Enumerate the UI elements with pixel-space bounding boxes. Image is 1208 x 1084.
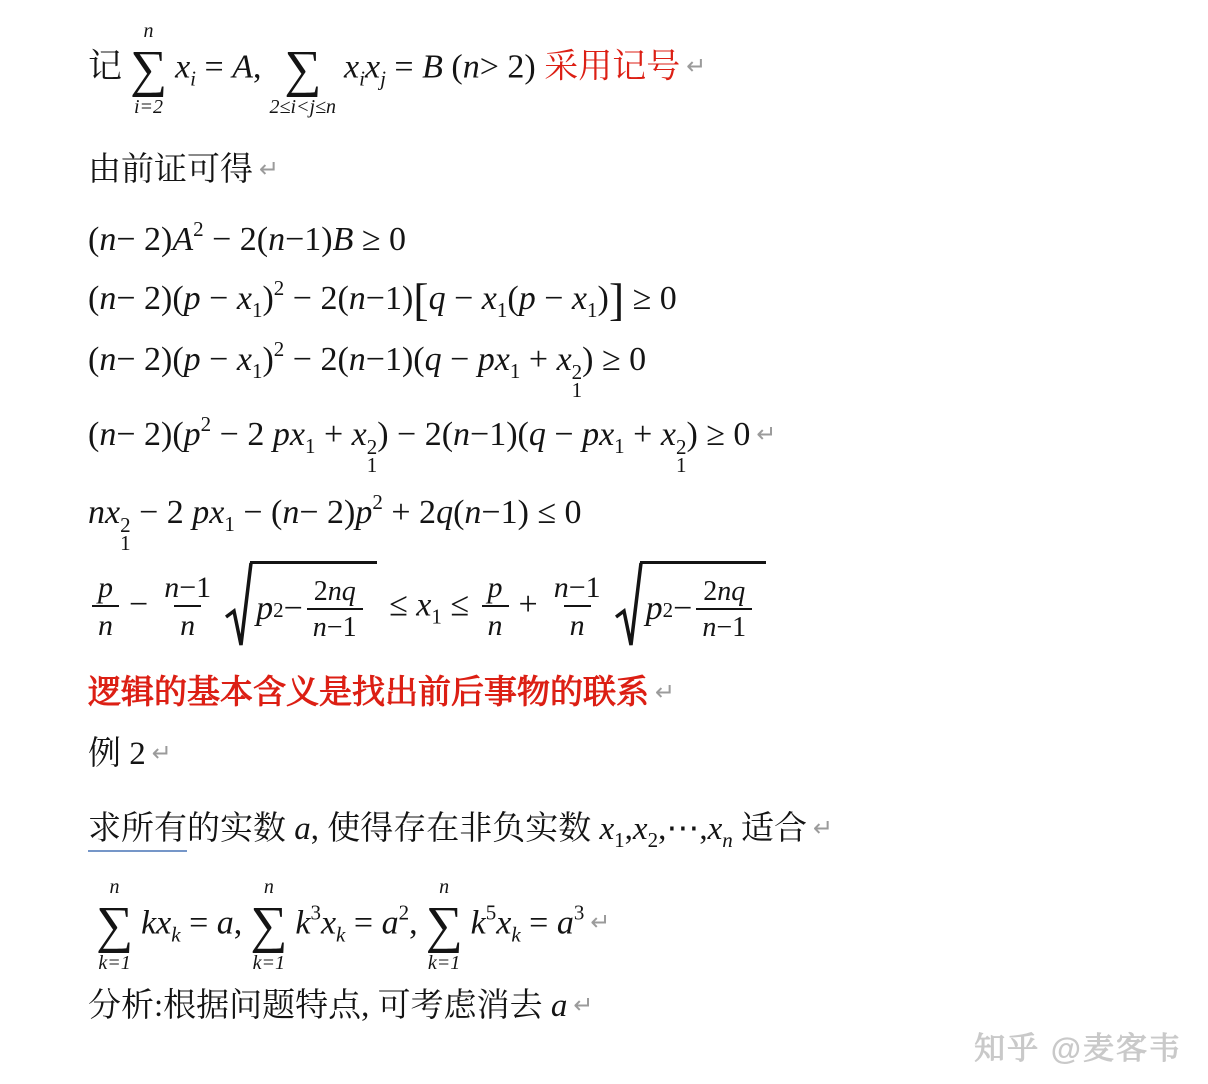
math-token: p [519, 280, 536, 317]
fraction: 2nqn −1 [307, 576, 363, 644]
subscript: 1 [252, 298, 263, 322]
fraction: pn [92, 571, 119, 644]
math-token: p [478, 341, 495, 378]
radicand: p2 − 2nqn −1 [640, 561, 766, 654]
math-token: n [464, 494, 481, 531]
math-token: n [164, 571, 179, 606]
math-token: −1) [366, 280, 414, 317]
red-heading: 逻辑的基本含义是找出前后事物的联系↵ [88, 672, 1208, 715]
sigma-icon: ∑ [426, 899, 463, 952]
subscript: 1 [614, 828, 625, 852]
math-token: = [196, 48, 232, 85]
math-token: = [521, 904, 557, 941]
math-token: p [184, 416, 201, 453]
math-token: − 2( [284, 280, 349, 317]
paragraph-mark-icon: ↵ [756, 420, 776, 448]
math-token: x [237, 280, 252, 317]
math-token: 2 [314, 576, 328, 608]
math-token: ) − 2( [377, 416, 453, 453]
math-token: A [232, 48, 253, 85]
math-token: ,⋯, [658, 811, 708, 847]
math-token: ≥ 0 [353, 221, 406, 258]
math-token: n [463, 48, 480, 85]
formula-inequality-5: nx21 − 2 px1 − (n− 2)p2 + 2q(n−1) ≤ 0 [88, 489, 1208, 553]
math-token: ) [262, 280, 273, 317]
paragraph-mark-icon: ↵ [655, 678, 675, 706]
text-run: 分析:根据问题特点, 可考虑消去 [88, 988, 551, 1024]
sum-upper-limit: n [439, 876, 449, 899]
math-token: ( [453, 494, 464, 531]
superscript: 2 [193, 217, 204, 241]
problem-statement: 求所有的实数 a, 使得存在非负实数 x1,x2,⋯,xn 适合↵ [88, 808, 1208, 854]
math-token: −1)( [366, 341, 425, 378]
math-token: x [572, 280, 587, 317]
formula-inequality-3: (n− 2)(p − x1)2 − 2(n−1)(q − px1 + x21) … [88, 336, 1208, 400]
math-token: −1 [716, 612, 746, 644]
math-token: p [256, 588, 273, 631]
summation-operator: n∑k=1 [250, 876, 287, 975]
math-token: A [172, 221, 193, 258]
math-token: x [482, 280, 497, 317]
math-token: p [184, 341, 201, 378]
math-token: −1 [327, 612, 357, 644]
math-token: − 2( [204, 221, 269, 258]
math-token: a [551, 988, 568, 1024]
math-token: ≥ 0 [624, 280, 677, 317]
math-token: ) ≥ 0 [686, 416, 750, 453]
math-token: −1) [481, 494, 529, 531]
math-token: x [557, 341, 572, 378]
math-token: n [702, 612, 716, 644]
document-body: 记n∑i=2xi = A,n∑2≤i<j≤nxixj = B (n> 2) 采用… [0, 0, 1208, 1028]
subscript: 1 [305, 434, 316, 458]
math-token: − [673, 588, 692, 631]
math-token: B [333, 221, 354, 258]
math-token: = [181, 904, 217, 941]
text-run: 记 [88, 48, 122, 85]
square-root: p2 − 2nqn −1 [225, 561, 376, 654]
math-token: = [345, 904, 381, 941]
math-token: − [546, 416, 582, 453]
analysis-paragraph: 分析:根据问题特点, 可考虑消去 a↵ [88, 985, 1208, 1028]
math-token: x [496, 904, 511, 941]
math-token: k [141, 904, 156, 941]
subscript: 2 [648, 828, 659, 852]
math-token: , [625, 811, 633, 847]
superscript: 2 [399, 900, 410, 924]
sum-lower-limit: i=2 [134, 96, 163, 119]
math-token: − [201, 341, 237, 378]
text-run: 的实数 [187, 811, 294, 847]
math-token: + [625, 416, 661, 453]
formula-inequality-1: (n− 2)A2 − 2(n−1)B ≥ 0 [88, 216, 1208, 262]
sum-lower-limit: k=1 [253, 952, 285, 975]
subscript: 1 [120, 535, 131, 553]
square-root: p2 − 2nqn −1 [615, 561, 766, 654]
math-token: a [557, 904, 574, 941]
math-token: − 2 [211, 416, 273, 453]
math-token: x [237, 341, 252, 378]
formula-inequality-4: (n− 2)(p2 − 2 px1 + x21) − 2(n−1)(q − px… [88, 411, 1208, 475]
math-token: ( [507, 280, 518, 317]
math-token: B [422, 48, 443, 85]
math-token: − 2)( [116, 416, 183, 453]
math-token: −1 [569, 571, 601, 606]
math-token: a [294, 811, 311, 847]
subscript: 1 [252, 359, 263, 383]
math-token: , [409, 904, 418, 941]
superscript: 3 [574, 900, 585, 924]
math-token: n [99, 280, 116, 317]
document-page: 记n∑i=2xi = A,n∑2≤i<j≤nxixj = B (n> 2) 采用… [0, 0, 1208, 1084]
math-token: ( [88, 416, 99, 453]
superscript: 5 [486, 900, 497, 924]
math-token: , [253, 48, 262, 85]
minus-operator: − [129, 586, 148, 623]
math-token: + 2 [383, 494, 436, 531]
math-token: − [536, 280, 572, 317]
math-token: x [495, 341, 510, 378]
superscript: 2 [274, 276, 285, 300]
denominator: n [482, 605, 509, 644]
math-token: x [321, 904, 336, 941]
denominator: n [174, 605, 201, 644]
math-token: ) [262, 341, 273, 378]
math-token: ( [88, 341, 99, 378]
math-token: x [365, 48, 380, 85]
math-token: x [708, 811, 723, 847]
math-token: p [192, 494, 209, 531]
paragraph-mark-icon: ↵ [686, 52, 706, 80]
text-run: , 使得存在非负实数 [311, 811, 600, 847]
math-token: q [436, 494, 453, 531]
sum-lower-limit: k=1 [98, 952, 130, 975]
math-token: n [554, 571, 569, 606]
paragraph-mark-icon: ↵ [152, 739, 172, 767]
sum-upper-limit: n [144, 20, 154, 43]
math-token: ( [88, 280, 99, 317]
math-token: ≤ 0 [529, 494, 582, 531]
subscript: 1 [431, 604, 442, 628]
subscript: 1 [676, 457, 687, 475]
math-token: n [88, 494, 105, 531]
sum-upper-limit: n [110, 876, 120, 899]
example-label: 例 2↵ [88, 733, 1208, 776]
plus-operator: + [519, 586, 538, 623]
math-token: p [355, 494, 372, 531]
math-token: x [352, 416, 367, 453]
subscript: k [171, 922, 180, 946]
stacked-script: 21 [676, 439, 687, 475]
sum-lower-limit: 2≤i<j≤n [269, 96, 336, 119]
math-token: x [105, 494, 120, 531]
subscript: 1 [587, 298, 598, 322]
stacked-script: 21 [367, 439, 378, 475]
sum-upper-limit: n [264, 876, 274, 899]
math-token: 2 [703, 576, 717, 608]
math-token: q [529, 416, 546, 453]
summation-operator: n∑k=1 [96, 876, 133, 975]
numerator: 2nq [697, 576, 751, 608]
text-run: 由前证可得 [88, 152, 253, 188]
math-token: − 2) [299, 494, 355, 531]
formula-sum-system: n∑k=1kxk = a,n∑k=1k3xk = a2,n∑k=1k5xk = … [88, 876, 1208, 975]
paragraph-mark-icon: ↵ [813, 814, 833, 842]
sum-lower-limit: k=1 [428, 952, 460, 975]
math-token: ≤ [442, 586, 478, 623]
subscript: 1 [510, 359, 521, 383]
math-token: n [99, 416, 116, 453]
left-bracket: [ [413, 274, 428, 325]
math-token: q [429, 280, 446, 317]
math-token: x [599, 416, 614, 453]
numerator: 2nq [308, 576, 362, 608]
math-token: ( [88, 221, 99, 258]
math-token: n [349, 341, 366, 378]
formula-inequality-2: (n− 2)(p − x1)2 − 2(n−1)[q − x1(p − x1)]… [88, 275, 1208, 323]
math-token: − ( [235, 494, 283, 531]
math-token: n [453, 416, 470, 453]
paragraph-mark-icon: ↵ [590, 908, 610, 936]
math-token: x [209, 494, 224, 531]
denominator: n −1 [307, 608, 363, 644]
math-token: a [217, 904, 234, 941]
numerator: n −1 [548, 571, 607, 606]
math-token: − 2 [131, 494, 193, 531]
superscript: 2 [663, 597, 674, 623]
math-token: − [284, 588, 303, 631]
numerator: n −1 [158, 571, 217, 606]
underlined-text: 求所有 [88, 811, 187, 852]
superscript: 2 [273, 597, 284, 623]
text-paragraph: 由前证可得↵ [88, 149, 1208, 192]
paragraph-mark-icon: ↵ [573, 991, 593, 1019]
numerator: p [482, 571, 509, 606]
math-token: n [313, 612, 327, 644]
right-bracket: ] [609, 274, 624, 325]
summation-operator: n∑k=1 [426, 876, 463, 975]
watermark: 知乎 @麦客韦 [974, 1023, 1182, 1068]
math-token: + [315, 416, 351, 453]
math-token: ≤ [381, 586, 417, 623]
fraction: n −1n [158, 571, 217, 644]
denominator: n [564, 605, 591, 644]
math-token: q [425, 341, 442, 378]
sigma-icon: ∑ [284, 43, 321, 96]
math-token: x [600, 811, 615, 847]
math-token: ≥ 0 [593, 341, 646, 378]
subscript: 1 [224, 512, 235, 536]
math-token: ) [582, 341, 593, 378]
math-token: −1 [179, 571, 211, 606]
fraction: pn [482, 571, 509, 644]
stacked-script: 21 [120, 517, 131, 553]
denominator: n [92, 605, 119, 644]
superscript: 2 [372, 490, 383, 514]
math-token: − 2)( [116, 341, 183, 378]
math-token: − [442, 341, 478, 378]
superscript: 2 [274, 337, 285, 361]
red-text: 逻辑的基本含义是找出前后事物的联系 [88, 675, 649, 711]
math-token: x [416, 586, 431, 623]
summation-operator: n∑2≤i<j≤n [269, 20, 336, 119]
radicand: p2 − 2nqn −1 [250, 561, 376, 654]
sigma-icon: ∑ [250, 899, 287, 952]
formula-root-bounds: pn−n −1np2 − 2nqn −1 ≤ x1 ≤ pn+n −1np2 −… [88, 561, 1208, 654]
superscript: 2 [201, 412, 212, 436]
math-token: n [282, 494, 299, 531]
fraction: n −1n [548, 571, 607, 644]
red-annotation: 采用记号 [544, 48, 680, 85]
math-token: −1)( [470, 416, 529, 453]
math-token: k [295, 904, 310, 941]
text-run: 例 2 [88, 736, 146, 772]
summation-operator: n∑i=2 [130, 20, 167, 119]
math-token: + [520, 341, 556, 378]
math-token: = [386, 48, 422, 85]
subscript: k [511, 922, 520, 946]
paragraph-mark-icon: ↵ [259, 155, 279, 183]
subscript: 1 [572, 382, 583, 400]
math-token: k [471, 904, 486, 941]
math-token: nq [717, 576, 745, 608]
math-token: ( [443, 48, 463, 85]
sigma-icon: ∑ [96, 899, 133, 952]
math-token: a [382, 904, 399, 941]
fraction: 2nqn −1 [696, 576, 752, 644]
sigma-icon: ∑ [130, 43, 167, 96]
math-token: nq [328, 576, 356, 608]
subscript: n [722, 828, 733, 852]
math-token: n [99, 221, 116, 258]
math-token: ) [597, 280, 608, 317]
math-token: x [175, 48, 190, 85]
subscript: k [336, 922, 345, 946]
math-token: − 2( [284, 341, 349, 378]
radical-sign-icon [615, 561, 643, 653]
math-token: x [633, 811, 648, 847]
subscript: 1 [614, 434, 625, 458]
math-token: n [99, 341, 116, 378]
math-token: x [344, 48, 359, 85]
math-token: , [234, 904, 243, 941]
math-token: − [446, 280, 482, 317]
math-token: p [582, 416, 599, 453]
math-token: − 2)( [116, 280, 183, 317]
math-token: − 2) [116, 221, 172, 258]
text-run: 适合 [733, 811, 807, 847]
stacked-script: 21 [572, 364, 583, 400]
math-token: − [201, 280, 237, 317]
numerator: p [92, 571, 119, 606]
math-token: x [290, 416, 305, 453]
math-token: > 2) [480, 48, 545, 85]
math-token: p [184, 280, 201, 317]
math-token: p [646, 588, 663, 631]
subscript: 1 [497, 298, 508, 322]
superscript: 3 [310, 900, 321, 924]
radical-sign-icon [225, 561, 253, 653]
math-token: n [349, 280, 366, 317]
formula-notation-definition: 记n∑i=2xi = A,n∑2≤i<j≤nxixj = B (n> 2) 采用… [88, 20, 1208, 119]
math-token: x [661, 416, 676, 453]
math-token: p [273, 416, 290, 453]
subscript: 1 [367, 457, 378, 475]
denominator: n −1 [696, 608, 752, 644]
math-token: n [268, 221, 285, 258]
math-token: x [156, 904, 171, 941]
math-token: −1) [285, 221, 333, 258]
